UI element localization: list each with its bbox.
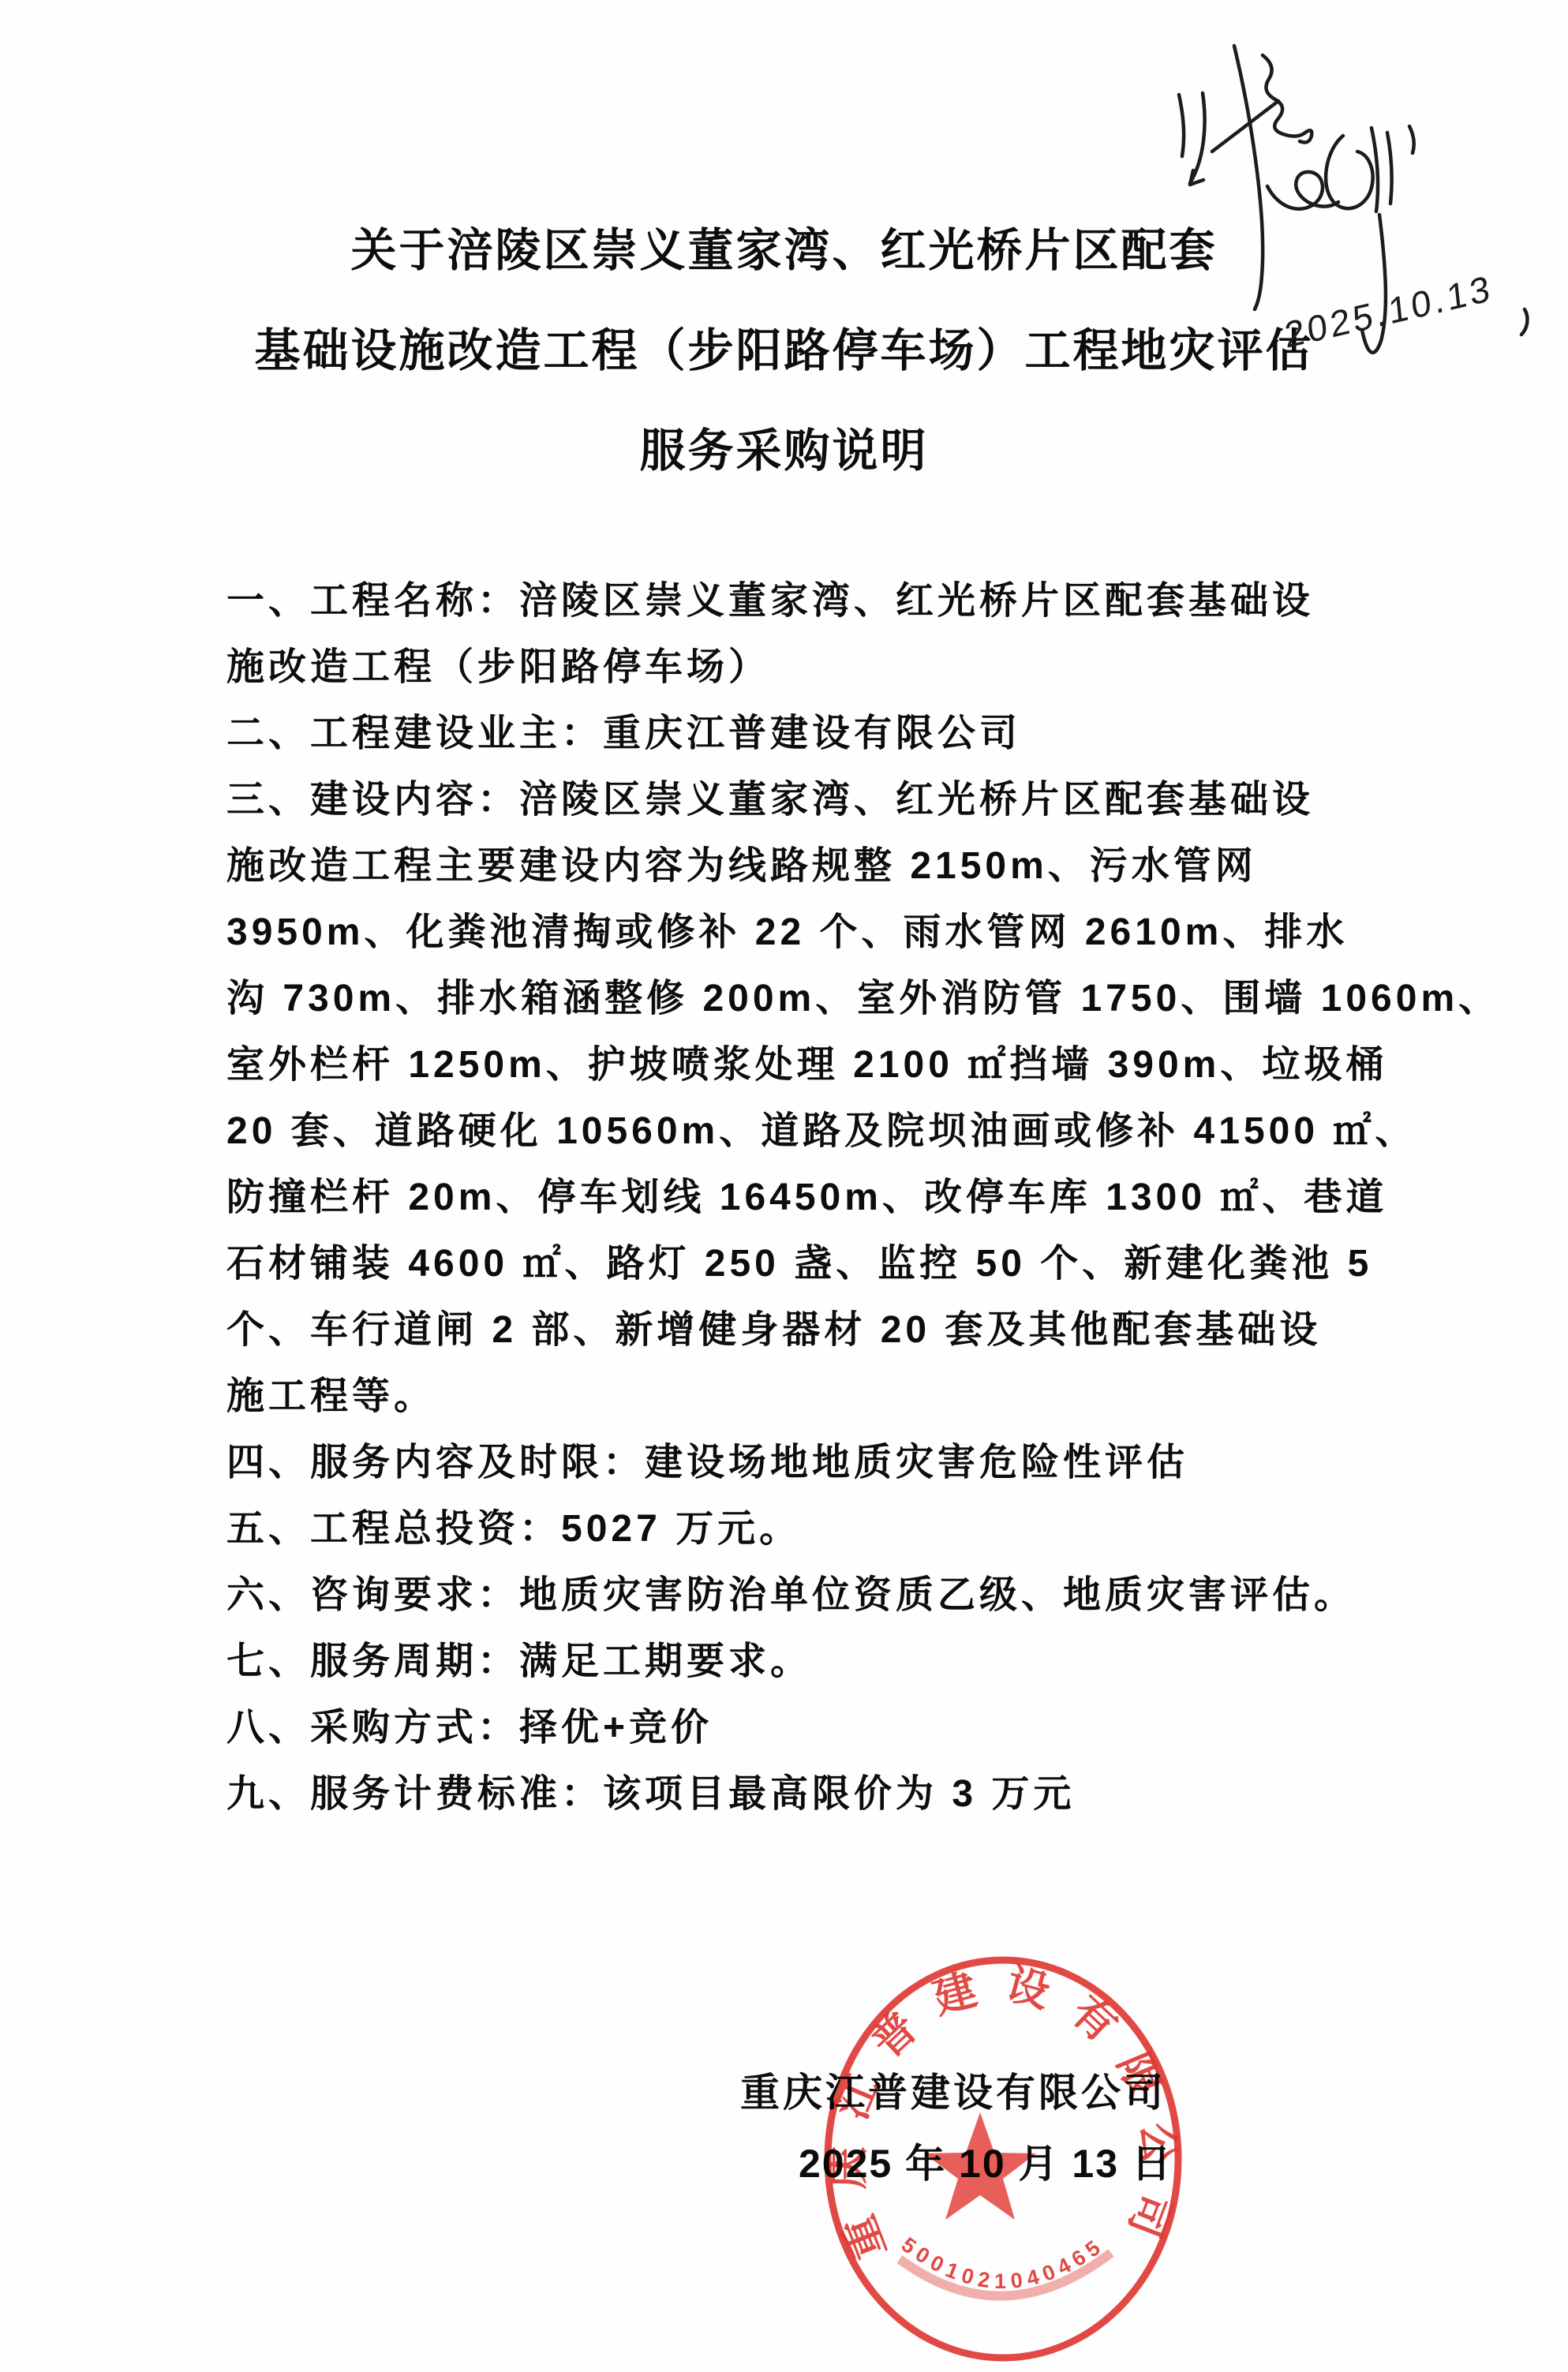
document-page: 关于涪陵区崇义董家湾、红光桥片区配套 基础设施改造工程（步阳路停车场）工程地灾评…: [0, 0, 1568, 2372]
body-line: 室外栏杆 1250m、护坡喷浆处理 2100 ㎡挡墙 390m、垃圾桶: [226, 1032, 1500, 1098]
body-line: 一、工程名称：涪陵区崇义董家湾、红光桥片区配套基础设: [226, 568, 1500, 634]
body-line: 八、采购方式：择优+竞价: [226, 1695, 1500, 1761]
body-line: 3950m、化粪池清掏或修补 22 个、雨水管网 2610m、排水: [226, 900, 1500, 966]
body-line: 二、工程建设业主：重庆江普建设有限公司: [226, 701, 1500, 767]
body-line: 四、服务内容及时限：建设场地地质灾害危险性评估: [226, 1430, 1500, 1496]
body-line: 施改造工程（步阳路停车场）: [226, 634, 1500, 701]
body-line: 施改造工程主要建设内容为线路规整 2150m、污水管网: [226, 833, 1500, 900]
seal-star-icon: [924, 2112, 1036, 2220]
body-line: 九、服务计费标准：该项目最高限价为 3 万元: [226, 1761, 1500, 1828]
body-line: 防撞栏杆 20m、停车划线 16450m、改停车库 1300 ㎡、巷道: [226, 1165, 1500, 1231]
body-line: 施工程等。: [226, 1364, 1500, 1430]
body-text: 一、工程名称：涪陵区崇义董家湾、红光桥片区配套基础设 施改造工程（步阳路停车场）…: [226, 568, 1500, 1828]
seal-serial-number: 5001021040465: [897, 2232, 1110, 2293]
body-line: 五、工程总投资：5027 万元。: [226, 1496, 1500, 1562]
body-line: 沟 730m、排水箱涵整修 200m、室外消防管 1750、围墙 1060m、: [226, 966, 1500, 1032]
body-line: 七、服务周期：满足工期要求。: [226, 1629, 1500, 1695]
body-line: 三、建设内容：涪陵区崇义董家湾、红光桥片区配套基础设: [226, 767, 1500, 833]
body-line: 六、咨询要求：地质灾害防治单位资质乙级、地质灾害评估。: [226, 1562, 1500, 1629]
body-line: 石材铺装 4600 ㎡、路灯 250 盏、监控 50 个、新建化粪池 5: [226, 1231, 1500, 1297]
body-line: 个、车行道闸 2 部、新增健身器材 20 套及其他配套基础设: [226, 1297, 1500, 1364]
body-line: 20 套、道路硬化 10560m、道路及院坝油画或修补 41500 ㎡、: [226, 1098, 1500, 1165]
company-seal: 重庆江普建设有限公司 5001021040465: [805, 1937, 1215, 2367]
seal-company-arc-text: 重庆江普建设有限公司: [824, 1960, 1181, 2265]
handwritten-signature: [1144, 32, 1555, 442]
